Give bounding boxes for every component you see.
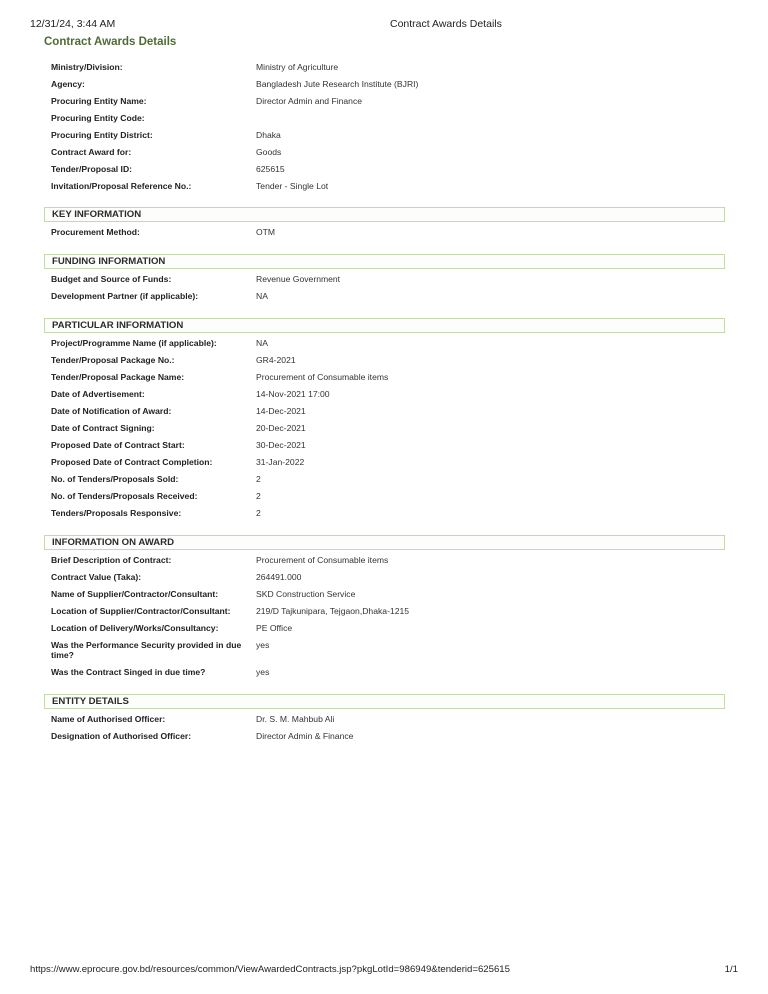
detail-row: Procuring Entity Name:Director Admin and…	[44, 93, 725, 110]
page-number: 1/1	[725, 964, 738, 975]
detail-row: Agency:Bangladesh Jute Research Institut…	[44, 76, 725, 93]
detail-row: Was the Performance Security provided in…	[44, 637, 725, 664]
field-value: 20-Dec-2021	[256, 420, 725, 433]
field-value: Dhaka	[256, 127, 725, 140]
print-header: 12/31/24, 3:44 AM Contract Awards Detail…	[30, 18, 738, 32]
field-value: 30-Dec-2021	[256, 437, 725, 450]
detail-row: Ministry/Division:Ministry of Agricultur…	[44, 59, 725, 76]
print-title: Contract Awards Details	[390, 18, 502, 30]
field-value: Goods	[256, 144, 725, 157]
field-label: No. of Tenders/Proposals Received:	[51, 488, 256, 501]
section-header: INFORMATION ON AWARD	[44, 535, 725, 550]
detail-row: No. of Tenders/Proposals Sold:2	[44, 471, 725, 488]
field-label: Name of Authorised Officer:	[51, 711, 256, 724]
field-label: Proposed Date of Contract Completion:	[51, 454, 256, 467]
field-value: SKD Construction Service	[256, 586, 725, 599]
field-label: Invitation/Proposal Reference No.:	[51, 178, 256, 191]
field-label: Contract Value (Taka):	[51, 569, 256, 582]
field-label: Date of Advertisement:	[51, 386, 256, 399]
section-header: ENTITY DETAILS	[44, 694, 725, 709]
field-value: Revenue Government	[256, 271, 725, 284]
field-value: PE Office	[256, 620, 725, 633]
detail-row: Designation of Authorised Officer:Direct…	[44, 728, 725, 745]
field-value: 2	[256, 505, 725, 518]
field-value: 625615	[256, 161, 725, 174]
field-value: Director Admin & Finance	[256, 728, 725, 741]
field-label: Location of Supplier/Contractor/Consulta…	[51, 603, 256, 616]
field-label: Procuring Entity Name:	[51, 93, 256, 106]
detail-row: Procurement Method:OTM	[44, 224, 725, 241]
field-value: 31-Jan-2022	[256, 454, 725, 467]
detail-row: Tender/Proposal Package No.:GR4-2021	[44, 352, 725, 369]
field-label: Project/Programme Name (if applicable):	[51, 335, 256, 348]
field-label: Name of Supplier/Contractor/Consultant:	[51, 586, 256, 599]
contract-details: Ministry/Division:Ministry of Agricultur…	[44, 59, 725, 745]
detail-row: Budget and Source of Funds:Revenue Gover…	[44, 271, 725, 288]
field-label: Agency:	[51, 76, 256, 89]
detail-row: Tender/Proposal ID:625615	[44, 161, 725, 178]
detail-row: Date of Advertisement:14-Nov-2021 17:00	[44, 386, 725, 403]
field-label: Contract Award for:	[51, 144, 256, 157]
detail-row: Project/Programme Name (if applicable):N…	[44, 335, 725, 352]
field-value: 219/D Tajkunipara, Tejgaon,Dhaka-1215	[256, 603, 725, 616]
field-label: Tender/Proposal ID:	[51, 161, 256, 174]
field-label: Procuring Entity Code:	[51, 110, 256, 123]
print-datetime: 12/31/24, 3:44 AM	[30, 18, 115, 30]
detail-row: No. of Tenders/Proposals Received:2	[44, 488, 725, 505]
sections: KEY INFORMATIONProcurement Method:OTMFUN…	[44, 207, 725, 745]
section-header: KEY INFORMATION	[44, 207, 725, 222]
field-value: GR4-2021	[256, 352, 725, 365]
detail-row: Proposed Date of Contract Completion:31-…	[44, 454, 725, 471]
field-label: Date of Contract Signing:	[51, 420, 256, 433]
detail-row: Tender/Proposal Package Name:Procurement…	[44, 369, 725, 386]
section-header: PARTICULAR INFORMATION	[44, 318, 725, 333]
print-footer: https://www.eprocure.gov.bd/resources/co…	[30, 964, 738, 978]
detail-row: Name of Supplier/Contractor/Consultant:S…	[44, 586, 725, 603]
field-value: Dr. S. M. Mahbub Ali	[256, 711, 725, 724]
detail-row: Brief Description of Contract:Procuremen…	[44, 552, 725, 569]
field-value: Procurement of Consumable items	[256, 552, 725, 565]
field-value: yes	[256, 664, 725, 677]
field-value: NA	[256, 288, 725, 301]
detail-row: Proposed Date of Contract Start:30-Dec-2…	[44, 437, 725, 454]
field-label: Procurement Method:	[51, 224, 256, 237]
detail-row: Date of Contract Signing:20-Dec-2021	[44, 420, 725, 437]
detail-row: Location of Delivery/Works/Consultancy:P…	[44, 620, 725, 637]
field-value: 14-Dec-2021	[256, 403, 725, 416]
detail-row: Development Partner (if applicable):NA	[44, 288, 725, 305]
section-header: FUNDING INFORMATION	[44, 254, 725, 269]
field-label: Tenders/Proposals Responsive:	[51, 505, 256, 518]
field-label: No. of Tenders/Proposals Sold:	[51, 471, 256, 484]
page-title: Contract Awards Details	[44, 36, 176, 48]
detail-row: Date of Notification of Award:14-Dec-202…	[44, 403, 725, 420]
general-info: Ministry/Division:Ministry of Agricultur…	[44, 59, 725, 195]
field-value: OTM	[256, 224, 725, 237]
field-label: Proposed Date of Contract Start:	[51, 437, 256, 450]
field-value: Tender - Single Lot	[256, 178, 725, 191]
page-url: https://www.eprocure.gov.bd/resources/co…	[30, 964, 510, 975]
field-label: Was the Contract Singed in due time?	[51, 664, 256, 677]
field-value	[256, 110, 725, 113]
detail-row: Contract Value (Taka):264491.000	[44, 569, 725, 586]
detail-row: Procuring Entity Code:	[44, 110, 725, 127]
field-label: Ministry/Division:	[51, 59, 256, 72]
field-value: yes	[256, 637, 725, 650]
detail-row: Procuring Entity District:Dhaka	[44, 127, 725, 144]
field-value: 14-Nov-2021 17:00	[256, 386, 725, 399]
field-value: 2	[256, 471, 725, 484]
field-label: Location of Delivery/Works/Consultancy:	[51, 620, 256, 633]
field-label: Brief Description of Contract:	[51, 552, 256, 565]
field-label: Development Partner (if applicable):	[51, 288, 256, 301]
detail-row: Invitation/Proposal Reference No.:Tender…	[44, 178, 725, 195]
field-label: Tender/Proposal Package No.:	[51, 352, 256, 365]
detail-row: Was the Contract Singed in due time?yes	[44, 664, 725, 681]
field-value: Bangladesh Jute Research Institute (BJRI…	[256, 76, 725, 89]
field-value: Ministry of Agriculture	[256, 59, 725, 72]
detail-row: Contract Award for:Goods	[44, 144, 725, 161]
field-value: 2	[256, 488, 725, 501]
field-label: Procuring Entity District:	[51, 127, 256, 140]
field-value: 264491.000	[256, 569, 725, 582]
detail-row: Location of Supplier/Contractor/Consulta…	[44, 603, 725, 620]
field-value: Procurement of Consumable items	[256, 369, 725, 382]
field-label: Tender/Proposal Package Name:	[51, 369, 256, 382]
field-label: Designation of Authorised Officer:	[51, 728, 256, 741]
field-label: Date of Notification of Award:	[51, 403, 256, 416]
detail-row: Name of Authorised Officer:Dr. S. M. Mah…	[44, 711, 725, 728]
detail-row: Tenders/Proposals Responsive:2	[44, 505, 725, 522]
field-value: NA	[256, 335, 725, 348]
field-label: Was the Performance Security provided in…	[51, 637, 256, 660]
field-value: Director Admin and Finance	[256, 93, 725, 106]
field-label: Budget and Source of Funds:	[51, 271, 256, 284]
